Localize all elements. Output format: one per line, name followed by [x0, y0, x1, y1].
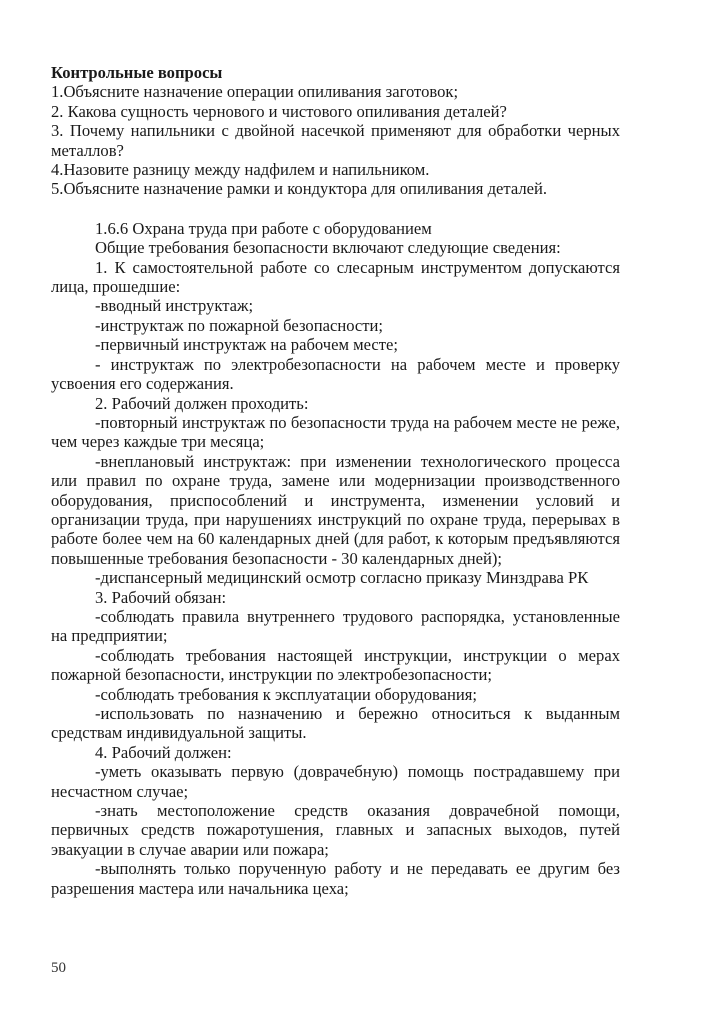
paragraph: - инструктаж по электробезопасности на р…	[51, 355, 620, 394]
paragraph: -использовать по назначению и бережно от…	[51, 704, 620, 743]
section-intro: Общие требования безопасности включают с…	[51, 238, 620, 257]
paragraph: -соблюдать требования к эксплуатации обо…	[51, 685, 620, 704]
question-item: 3. Почему напильники с двойной насечкой …	[51, 121, 620, 160]
paragraph: -выполнять только порученную работу и не…	[51, 859, 620, 898]
paragraph: -уметь оказывать первую (доврачебную) по…	[51, 762, 620, 801]
paragraph: 2. Рабочий должен проходить:	[51, 394, 620, 413]
paragraph: -внеплановый инструктаж: при изменении т…	[51, 452, 620, 568]
question-item: 5.Объясните назначение рамки и кондуктор…	[51, 179, 620, 198]
page-number: 50	[51, 960, 66, 977]
question-item: 2. Какова сущность чернового и чистового…	[51, 102, 620, 121]
paragraph: -знать местоположение средств оказания д…	[51, 801, 620, 859]
spacer	[51, 199, 620, 219]
paragraph: -диспансерный медицинский осмотр согласн…	[51, 568, 620, 587]
paragraph: -повторный инструктаж по безопасности тр…	[51, 413, 620, 452]
paragraph: -вводный инструктаж;	[51, 296, 620, 315]
question-item: 1.Объясните назначение операции опиливан…	[51, 82, 620, 101]
paragraph: -соблюдать правила внутреннего трудового…	[51, 607, 620, 646]
paragraph: -инструктаж по пожарной безопасности;	[51, 316, 620, 335]
paragraph: 4. Рабочий должен:	[51, 743, 620, 762]
paragraph: -соблюдать требования настоящей инструкц…	[51, 646, 620, 685]
questions-title: Контрольные вопросы	[51, 63, 620, 82]
paragraph: 1. К самостоятельной работе со слесарным…	[51, 258, 620, 297]
section-heading: 1.6.6 Охрана труда при работе с оборудов…	[51, 219, 620, 238]
document-page: Контрольные вопросы 1.Объясните назначен…	[51, 63, 620, 898]
paragraph: 3. Рабочий обязан:	[51, 588, 620, 607]
question-item: 4.Назовите разницу между надфилем и напи…	[51, 160, 620, 179]
paragraph: -первичный инструктаж на рабочем месте;	[51, 335, 620, 354]
